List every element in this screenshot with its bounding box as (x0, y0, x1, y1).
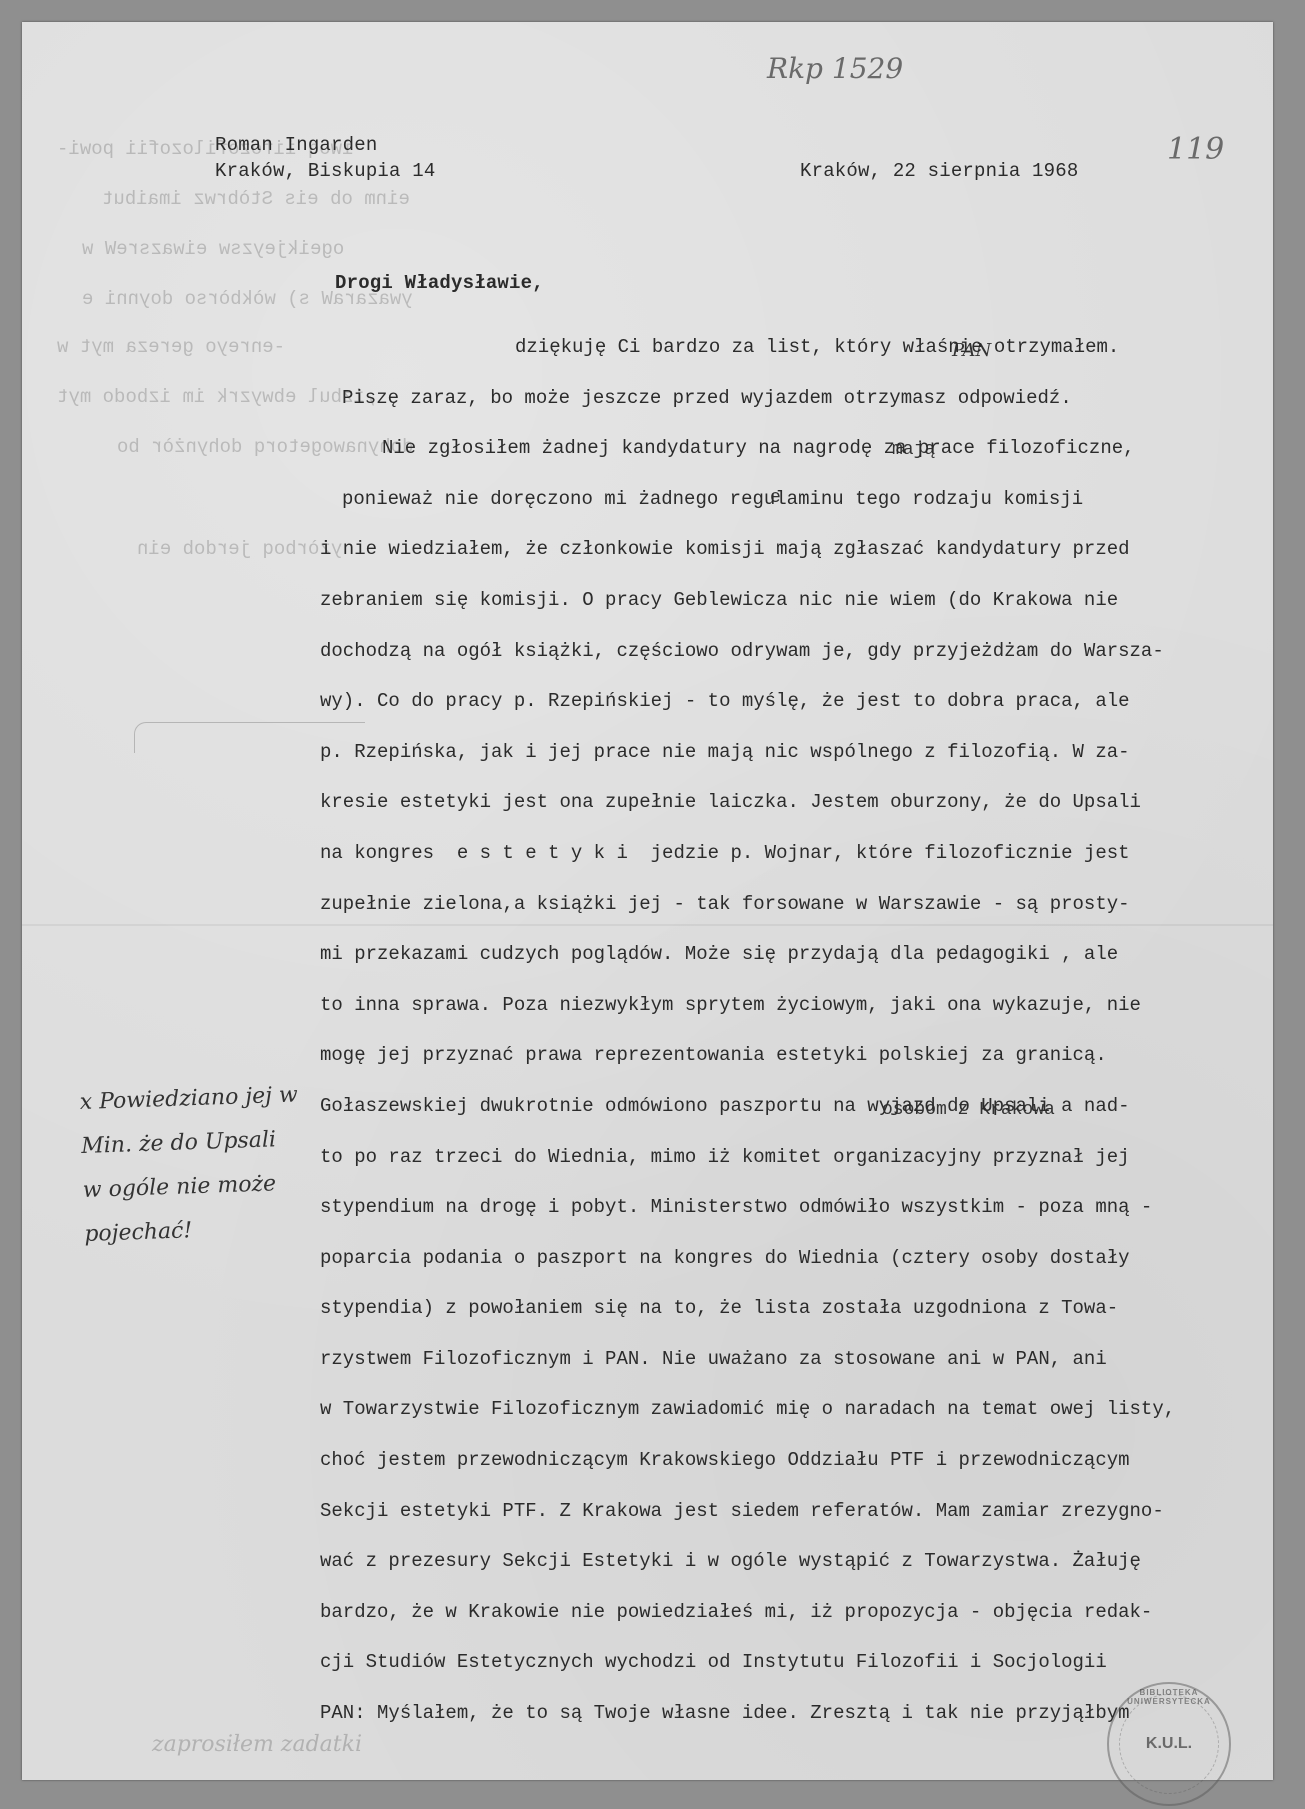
stamp-ring-text: BIBLIOTEKA UNIWERSYTECKA (1109, 1688, 1229, 1706)
body-line: Piszę zaraz, bo może jeszcze przed wyjaz… (342, 373, 1282, 424)
letter-salutation: Drogi Władysławie, (335, 272, 544, 294)
body-line: stypendia) z powołaniem się na to, że li… (320, 1283, 1282, 1334)
body-line: ponieważ nie doręczono mi żadnego regula… (342, 474, 1282, 525)
bleed-through-line: einm ob eis Stòbrwz imaibut (102, 188, 410, 210)
body-line: choć jestem przewodniczącym Krakowskiego… (320, 1435, 1282, 1486)
letter-body: dziękuję Ci bardzo za list, który właśni… (342, 322, 1282, 1739)
body-line: na kongres e s t e t y k i jedzie p. Woj… (320, 828, 1282, 879)
body-line: Sekcji estetyki PTF. Z Krakowa jest sied… (320, 1486, 1282, 1537)
body-line: kresie estetyki jest ona zupełnie laiczk… (320, 777, 1282, 828)
bleed-through-line: ,izbul ebwyzrk im izbodo myt (57, 386, 376, 408)
body-line: i nie wiedziałem, że członkowie komisji … (320, 524, 1282, 575)
body-line: zebraniem się komisji. O pracy Geblewicz… (320, 575, 1282, 626)
letter-author: Roman Ingarden (215, 134, 377, 156)
body-line: to po raz trzeci do Wiednia, mimo iż kom… (320, 1132, 1282, 1183)
body-line: stypendium na drogę i pobyt. Ministerstw… (320, 1182, 1282, 1233)
body-line: p. Rzepińska, jak i jej prace nie mają n… (320, 727, 1282, 778)
body-line: dochodzą na ogół książki, częściowo odry… (320, 626, 1282, 677)
margin-note-line: pojechać! (84, 1205, 315, 1257)
body-line: zupełnie zielona,a książki jej - tak for… (320, 879, 1282, 930)
body-line: wać z prezesury Sekcji Estetyki i w ogól… (320, 1536, 1282, 1587)
body-line: bardzo, że w Krakowie nie powiedziałeś m… (320, 1587, 1282, 1638)
body-line: mi przekazami cudzych poglądów. Może się… (320, 929, 1282, 980)
body-line: mogę jej przyznać prawa reprezentowania … (320, 1030, 1282, 1081)
archive-code: Rkp 1529 (767, 52, 903, 85)
letter-page: Rkp 1529 119 -iwoq iifozofilozofii powi-… (22, 22, 1273, 1780)
bleed-through-line: -enreyo gereza myt w (57, 336, 285, 358)
body-line: rzystwem Filozoficznym i PAN. Nie uważan… (320, 1334, 1282, 1385)
bleed-through-line: ogeikjeyzsw eiwazsreW w (82, 238, 344, 260)
body-line: poparcia podania o paszport na kongres d… (320, 1233, 1282, 1284)
page-number: 119 (1167, 132, 1224, 167)
margin-note: x Powiedziano jej w Min. że do Upsali w … (79, 1073, 315, 1257)
body-line: Nie zgłosiłem żadnej kandydatury na nagr… (342, 423, 1282, 474)
pencil-scrawl: zaprosiłem zadatki (152, 1732, 362, 1757)
bleed-through-line: yżòrboq jerdob ein (137, 538, 342, 560)
library-stamp: BIBLIOTEKA UNIWERSYTECKA K.U.L. (1107, 1682, 1231, 1806)
body-line: to inna sprawa. Poza niezwykłym sprytem … (320, 980, 1282, 1031)
body-line: Gołaszewskiej dwukrotnie odmówiono paszp… (320, 1081, 1282, 1132)
letter-date: Kraków, 22 sierpnia 1968 (800, 160, 1078, 182)
body-line: wy). Co do pracy p. Rzepińskiej - to myś… (320, 676, 1282, 727)
body-line: dziękuję Ci bardzo za list, który właśni… (342, 322, 1282, 373)
pencil-squiggle (134, 722, 365, 753)
body-line: w Towarzystwie Filozoficznym zawiadomić … (320, 1384, 1282, 1435)
letter-address: Kraków, Biskupia 14 (215, 160, 435, 182)
stamp-ring (1119, 1694, 1219, 1794)
margin-note-line: x Powiedziano jej w (79, 1073, 310, 1125)
body-line: cji Studiów Estetycznych wychodzi od Ins… (320, 1637, 1282, 1688)
